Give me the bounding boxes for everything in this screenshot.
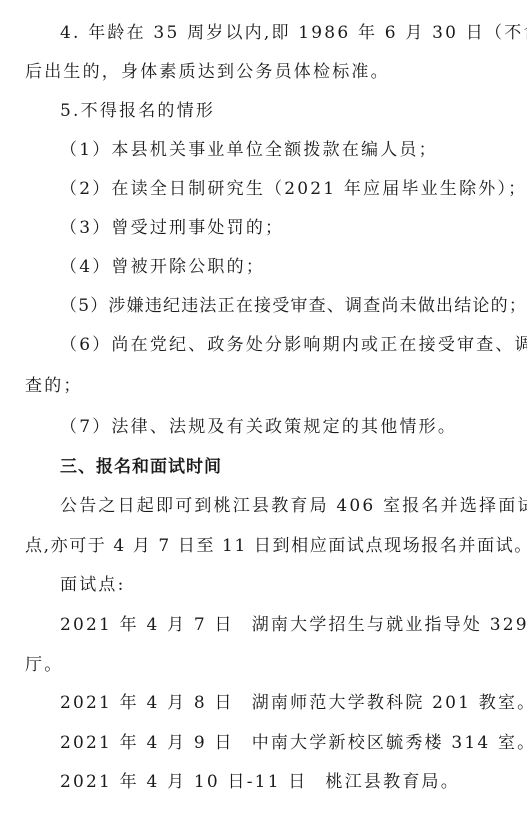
- site-date: 2021 年 4 月 7 日: [60, 615, 234, 635]
- registration-line2: 点,亦可于 4 月 7 日至 11 日到相应面试点现场报名并面试。: [25, 536, 527, 556]
- interview-site-2: 2021 年 4 月 8 日湖南师范大学教科院 201 教室。: [60, 693, 527, 713]
- site-date: 2021 年 4 月 9 日: [60, 733, 234, 753]
- exclusion-item-4: （4）曾被开除公职的；: [60, 257, 265, 277]
- item4-line1: 4. 年龄在 35 周岁以内,即 1986 年 6 月 30 日（不含）以: [60, 23, 527, 43]
- site-date: 2021 年 4 月 10 日-11 日: [60, 772, 308, 792]
- site-place: 桃江县教育局。: [326, 772, 460, 792]
- site-date: 2021 年 4 月 8 日: [60, 693, 234, 713]
- site-place: 湖南师范大学教科院 201 教室。: [252, 693, 527, 713]
- exclusion-item-7: （7）法律、法规及有关政策规定的其他情形。: [60, 417, 457, 437]
- exclusion-item-3: （3）曾受过刑事处罚的；: [60, 218, 284, 238]
- section-heading: 三、报名和面试时间: [60, 457, 222, 477]
- document-page: 4. 年龄在 35 周岁以内,即 1986 年 6 月 30 日（不含）以 后出…: [0, 0, 527, 821]
- interview-site-4: 2021 年 4 月 10 日-11 日桃江县教育局。: [60, 772, 460, 792]
- exclusion-item-5: （5）涉嫌违纪违法正在接受审查、调查尚未做出结论的；: [60, 296, 527, 316]
- interview-sites-label: 面试点:: [60, 575, 126, 595]
- interview-site-3: 2021 年 4 月 9 日中南大学新校区毓秀楼 314 室。: [60, 733, 527, 753]
- interview-site-1-cont: 厅。: [25, 655, 63, 675]
- exclusion-item-1: （1）本县机关事业单位全额拨款在编人员；: [60, 140, 438, 160]
- item5-title: 5.不得报名的情形: [60, 101, 215, 121]
- interview-site-1: 2021 年 4 月 7 日湖南大学招生与就业指导处 329 报告: [60, 615, 527, 635]
- registration-line1: 公告之日起即可到桃江县教育局 406 室报名并选择面试: [60, 496, 527, 516]
- item4-line2: 后出生的，身体素质达到公务员体检标准。: [25, 62, 390, 82]
- exclusion-item-6-line1: （6）尚在党纪、政务处分影响期内或正在接受审查、调: [60, 335, 527, 355]
- site-place: 湖南大学招生与就业指导处 329 报告: [252, 615, 527, 635]
- site-place: 中南大学新校区毓秀楼 314 室。: [252, 733, 527, 753]
- exclusion-item-6-line2: 查的；: [25, 376, 83, 396]
- exclusion-item-2: （2）在读全日制研究生（2021 年应届毕业生除外）；: [60, 179, 527, 199]
